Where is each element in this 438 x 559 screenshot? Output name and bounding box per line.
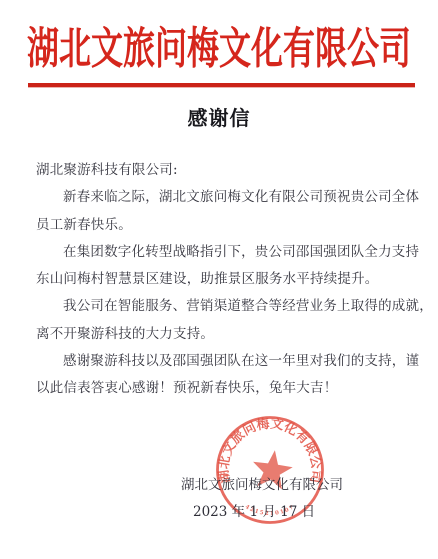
letter-body-line: 新春来临之际，湖北文旅问梅文化有限公司预祝贵公司全体 xyxy=(36,184,416,211)
letter-body-line: 以此信表答衷心感谢！预祝新春快乐，兔年大吉！ xyxy=(36,375,416,402)
letter-title: 感谢信 xyxy=(0,102,438,131)
letter-page: 湖北文旅问梅文化有限公司 感谢信 湖北聚游科技有限公司:新春来临之际，湖北文旅问… xyxy=(0,0,438,559)
letter-body-line: 感谢聚游科技以及邵国强团队在这一年里对我们的支持，谨 xyxy=(36,348,416,375)
letterhead-rule xyxy=(28,83,415,87)
signature-company-name: 湖北文旅问梅文化有限公司 xyxy=(181,473,343,493)
letter-body-line: 东山问梅村智慧景区建设，助推景区服务水平持续提升。 xyxy=(36,266,416,293)
letter-body: 湖北聚游科技有限公司:新春来临之际，湖北文旅问梅文化有限公司预祝贵公司全体员工新… xyxy=(36,157,416,403)
letterhead-company-name: 湖北文旅问梅文化有限公司 xyxy=(0,27,438,71)
letter-body-line: 离不开聚游科技的大力支持。 xyxy=(36,321,416,348)
letter-date: 2023 年 1 月 17 日 xyxy=(193,500,307,520)
letter-body-line: 湖北聚游科技有限公司: xyxy=(36,157,416,184)
letter-body-line: 在集团数字化转型战略指引下，贵公司邵国强团队全力支持 xyxy=(36,239,416,266)
letter-body-line: 员工新春快乐。 xyxy=(36,212,416,239)
letter-body-line: 我公司在智能服务、营销渠道整合等经营业务上取得的成就， xyxy=(36,293,416,320)
